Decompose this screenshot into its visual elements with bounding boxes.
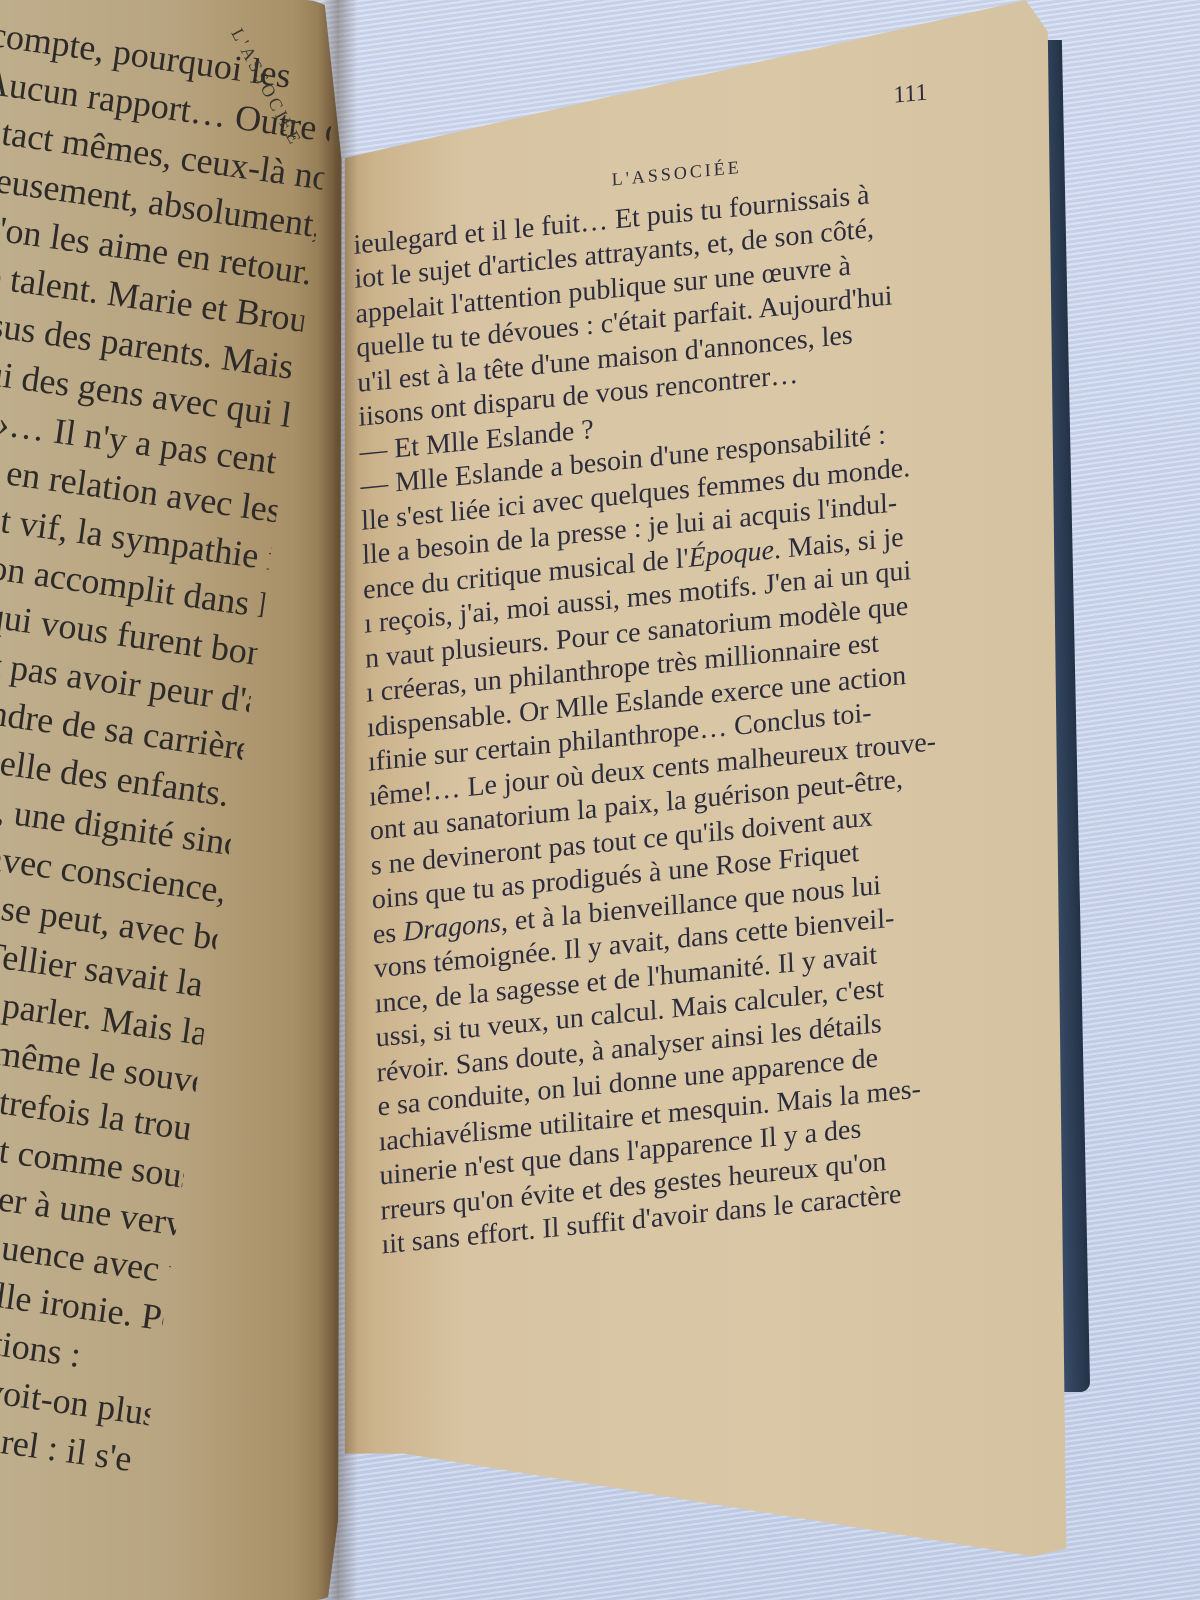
text-fragment: es [372, 916, 403, 950]
right-page-text: 111 L'ASSOCIÉE ieulegard et il le fuit… … [350, 60, 971, 1263]
left-page: compte, pourquoi les Aucun rapport… Outr… [0, 0, 345, 1600]
gutter-shadow [318, 0, 358, 1600]
left-page-text: compte, pourquoi les Aucun rapport… Outr… [0, 10, 350, 1486]
page-number: 111 [893, 75, 928, 113]
photo-scene: 111 L'ASSOCIÉE ieulegard et il le fuit… … [0, 0, 1200, 1600]
italic-title: Époque [688, 534, 774, 573]
